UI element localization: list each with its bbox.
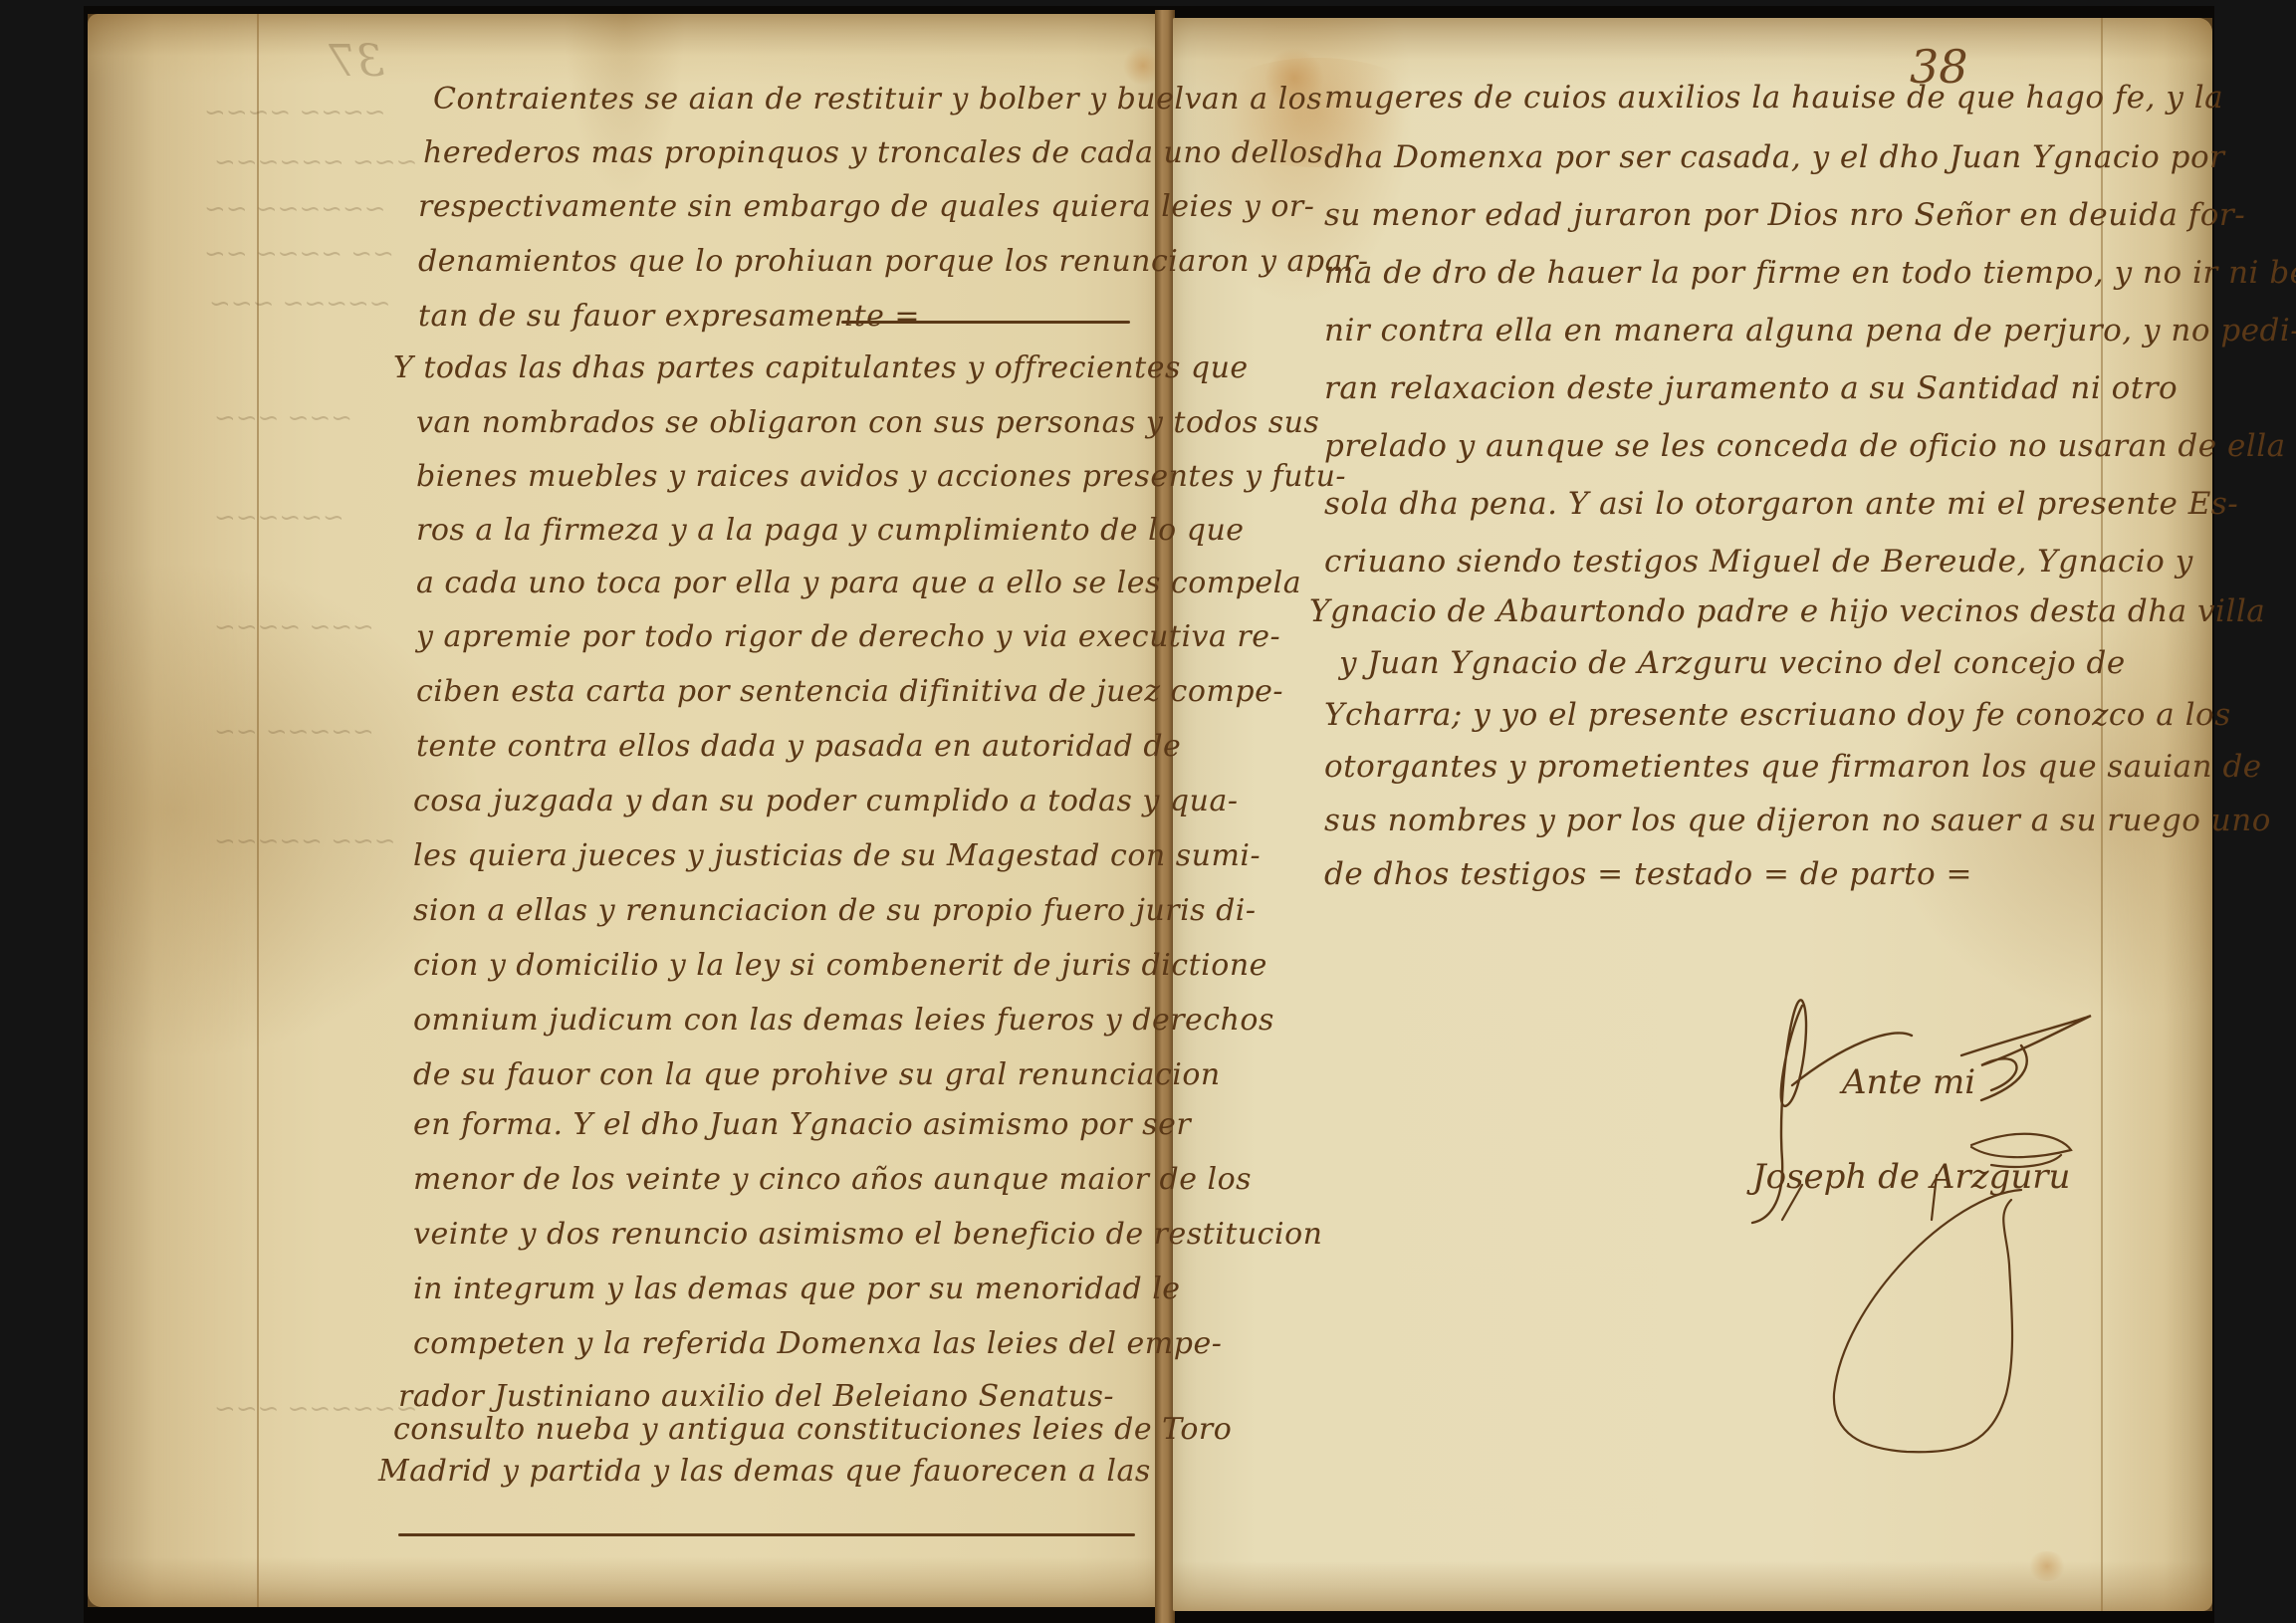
text-line: cion y domicilio y la ley si combenerit … xyxy=(413,948,1267,983)
text-line: respectivamente sin embargo de quales qu… xyxy=(418,189,1314,224)
text-line: ran relaxacion deste juramento a su Sant… xyxy=(1324,370,2178,406)
text-line: bienes muebles y raices avidos y accione… xyxy=(416,459,1346,494)
text-line: Ygnacio de Abaurtondo padre e hijo vecin… xyxy=(1309,593,2265,629)
text-line: ciben esta carta por sentencia difinitiv… xyxy=(416,674,1283,709)
text-line: Y todas las dhas partes capitulantes y o… xyxy=(393,350,1249,385)
text-line: veinte y dos renuncio asimismo el benefi… xyxy=(413,1217,1322,1252)
text-line: consulto nueba y antigua constituciones … xyxy=(393,1412,1232,1447)
text-line: ros a la firmeza y a la paga y cumplimie… xyxy=(416,513,1245,548)
text-line: otorgantes y prometientes que firmaron l… xyxy=(1324,749,2262,785)
text-line: sion a ellas y renunciacion de su propio… xyxy=(413,893,1257,928)
bleed-through-text: ~~~ ~~~~ xyxy=(214,612,374,642)
text-line: criuano siendo testigos Miguel de Bereud… xyxy=(1324,544,2193,580)
text-line: tente contra ellos dada y pasada en auto… xyxy=(416,729,1181,764)
text-line: prelado y aunque se les conceda de ofici… xyxy=(1324,428,2286,464)
text-line: Ycharra; y yo el presente escriuano doy … xyxy=(1324,697,2231,733)
text-line: herederos mas propinquos y troncales de … xyxy=(423,135,1323,170)
text-line: su menor edad juraron por Dios nro Señor… xyxy=(1324,197,2245,233)
text-line: Madrid y partida y las demas que fauorec… xyxy=(378,1454,1151,1489)
text-line: en forma. Y el dho Juan Ygnacio asimismo… xyxy=(413,1107,1191,1142)
text-line: sola dha pena. Y asi lo otorgaron ante m… xyxy=(1324,486,2238,522)
text-line: van nombrados se obligaron con sus perso… xyxy=(416,405,1319,440)
bleed-through-text: ~~~~~ ~~ xyxy=(214,717,374,747)
text-line: rador Justiniano auxilio del Beleiano Se… xyxy=(398,1379,1114,1414)
bleed-through-text: ~~~~ ~~~~ xyxy=(204,98,386,127)
text-line: les quiera jueces y justicias de su Mage… xyxy=(413,838,1261,873)
text-line: mugeres de cuios auxilios la hauise de q… xyxy=(1324,80,2223,116)
bleed-through-text: ~~~~~~ xyxy=(214,503,344,533)
text-line: in integrum y las demas que por su menor… xyxy=(413,1272,1181,1306)
bleed-through-text: ~~ ~~~~ ~~ xyxy=(204,239,394,269)
left-page-top-edge xyxy=(88,14,1161,84)
text-line: sus nombres y por los que dijeron no sau… xyxy=(1324,803,2271,838)
text-line: tan de su fauor expresamente = xyxy=(418,299,920,334)
text-line: Contraientes se aian de restituir y bolb… xyxy=(433,82,1322,116)
text-line: de dhos testigos = testado = de parto = xyxy=(1324,856,1972,892)
text-line: menor de los veinte y cinco años aunque … xyxy=(413,1162,1252,1197)
signature-rubric-icon: Ante mi Joseph de Arzguru xyxy=(1693,976,2171,1474)
folio-bleed-through: 37 xyxy=(329,36,384,87)
text-line: denamientos que lo prohiuan porque los r… xyxy=(418,244,1368,279)
signature-line-2: Joseph de Arzguru xyxy=(1746,1157,2070,1197)
text-line: dha Domenxa por ser casada, y el dho Jua… xyxy=(1324,139,2224,175)
bleed-through-text: ~~~~~~ ~~~ xyxy=(214,1394,417,1424)
manuscript-scan: 37 ~~~~ ~~~~ ~~~ ~~~~~~ ~~~~~~ ~~ ~~ ~~~… xyxy=(0,0,2296,1623)
text-line: a cada uno toca por ella y para que a el… xyxy=(416,566,1301,600)
bleed-through-text: ~~~ ~~~~~ xyxy=(214,826,396,856)
bleed-through-text: ~~~~~ ~~~ xyxy=(209,289,391,319)
notary-signature: Ante mi Joseph de Arzguru xyxy=(1693,976,2171,1474)
text-line: ma de dro de hauer la por firme en todo … xyxy=(1324,255,2296,291)
ink-stain xyxy=(2027,1551,2067,1581)
text-line: nir contra ella en manera alguna pena de… xyxy=(1324,313,2296,348)
left-page-bottom-edge xyxy=(88,1557,1161,1607)
line-filler-rule xyxy=(841,321,1130,324)
text-line: cosa juzgada y dan su poder cumplido a t… xyxy=(413,784,1238,818)
text-line: competen y la referida Domenxa las leies… xyxy=(413,1326,1222,1361)
text-line: y Juan Ygnacio de Arzguru vecino del con… xyxy=(1339,645,2126,681)
closing-rule xyxy=(398,1533,1135,1536)
text-line: y apremie por todo rigor de derecho y vi… xyxy=(416,619,1280,654)
bleed-through-text: ~~~ ~~~~~~ xyxy=(214,147,417,177)
bleed-through-text: ~~~~~~ ~~ xyxy=(204,194,386,224)
text-line: de su fauor con la que prohive su gral r… xyxy=(413,1057,1221,1092)
bleed-through-text: ~~~ ~~~ xyxy=(214,403,352,433)
text-line: omnium judicum con las demas leies fuero… xyxy=(413,1003,1274,1038)
signature-line-1: Ante mi xyxy=(1839,1062,1975,1102)
